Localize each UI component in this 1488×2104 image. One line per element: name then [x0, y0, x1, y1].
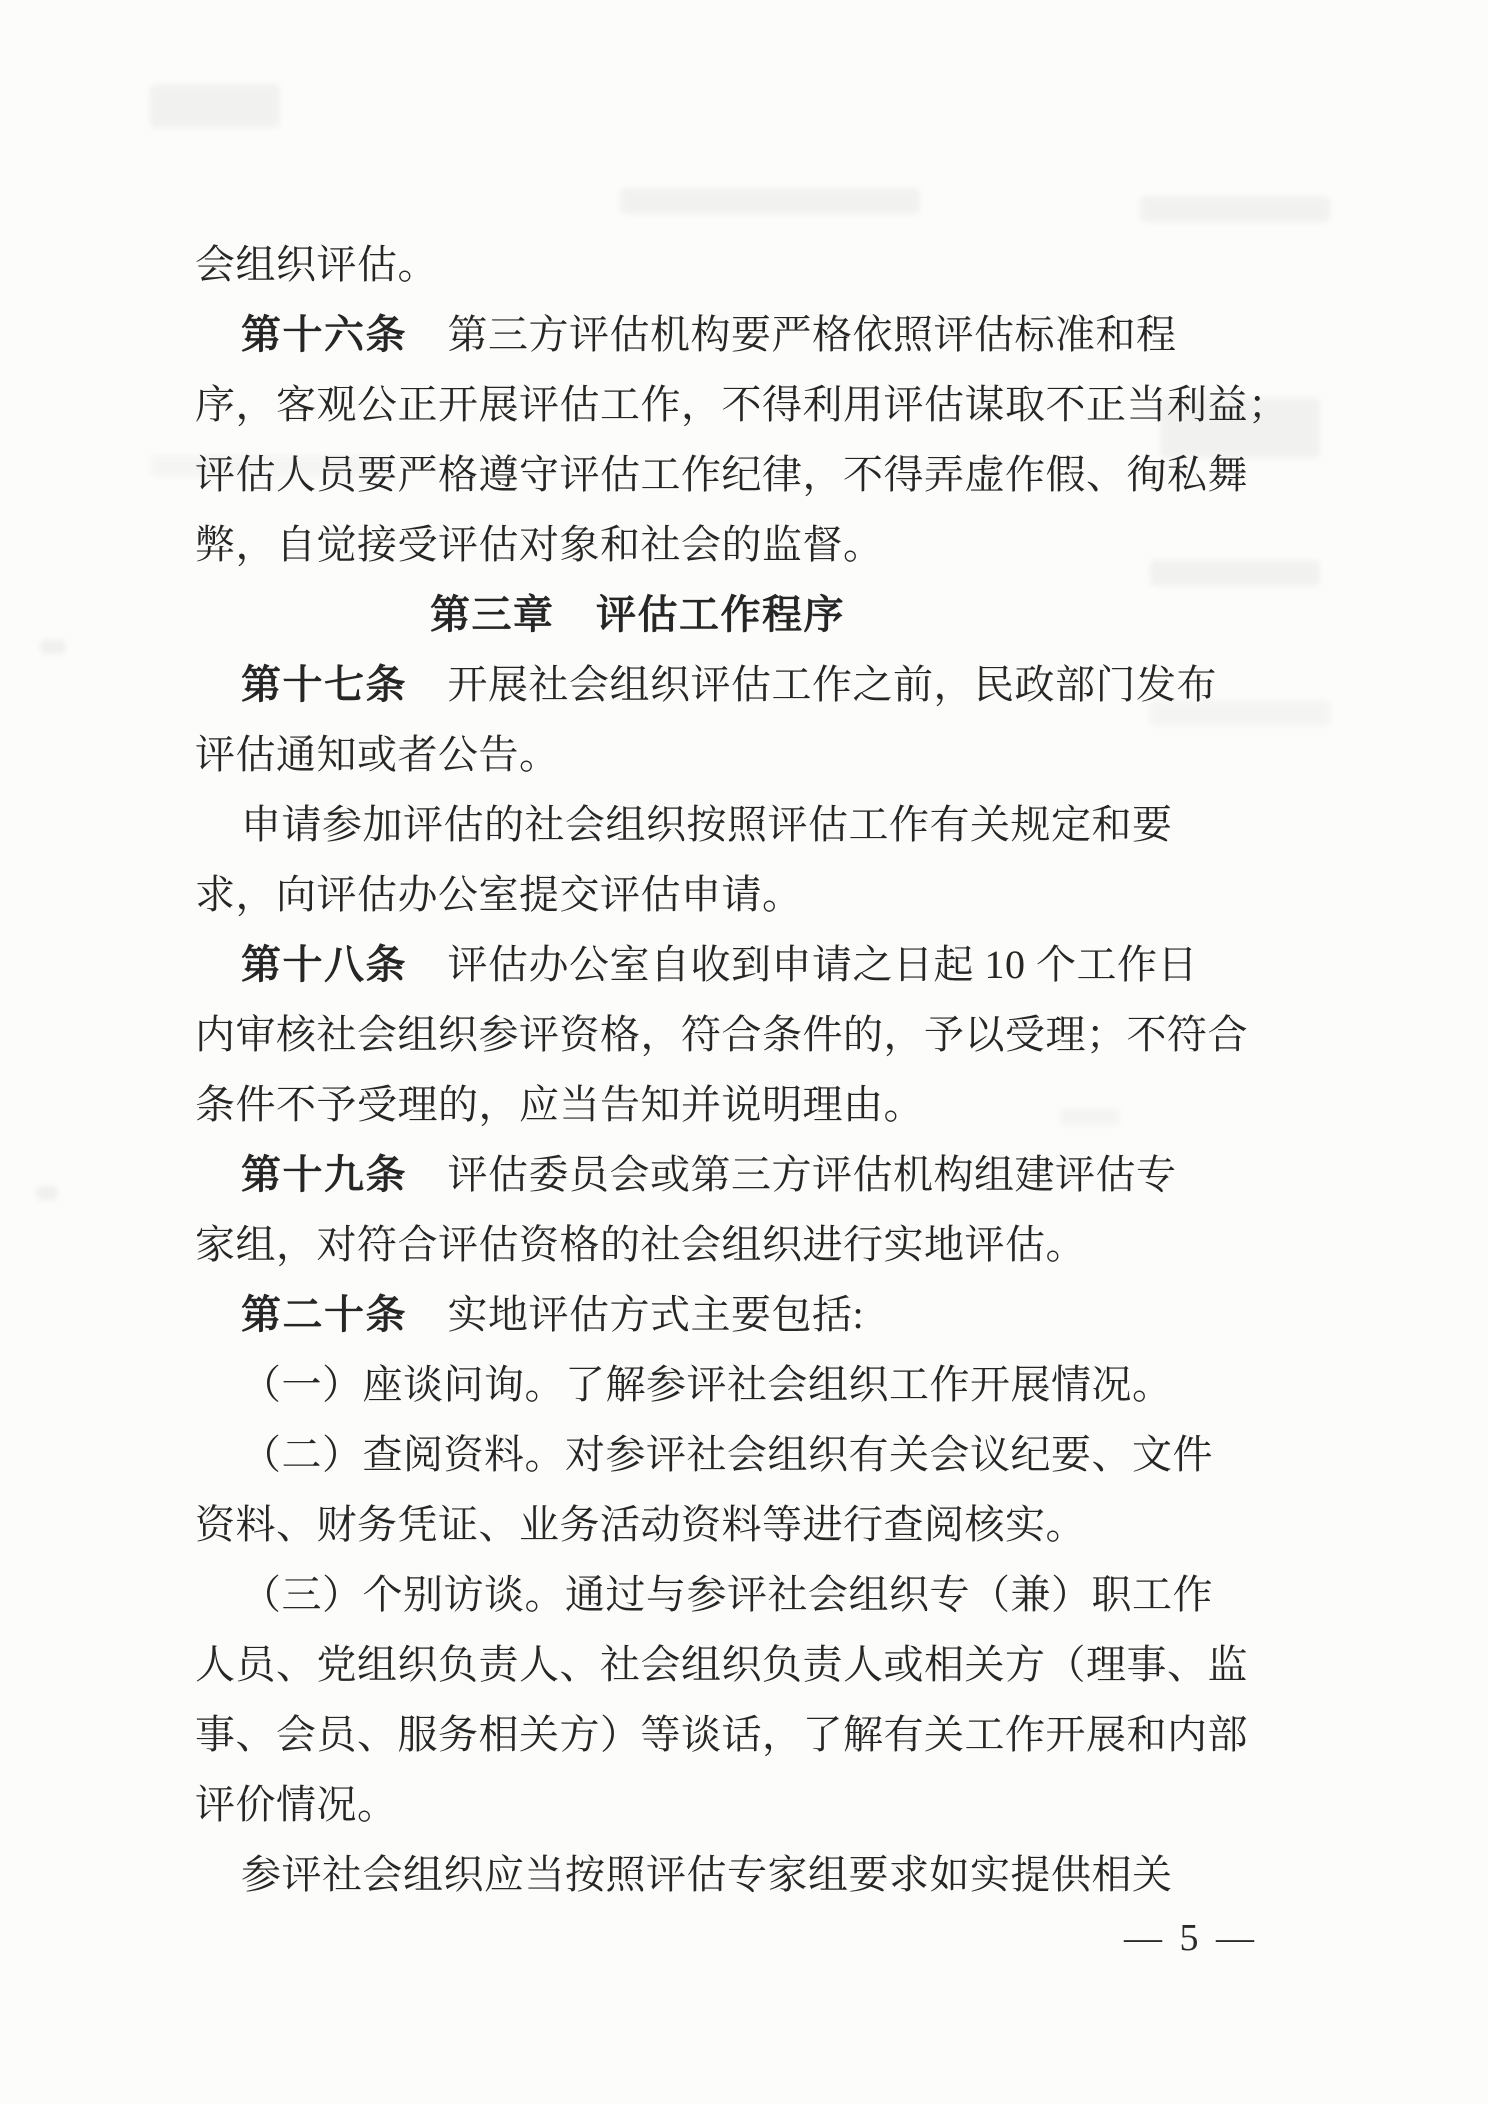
text-line: （三）个别访谈。通过与参评社会组织专（兼）职工作 [195, 1560, 1280, 1630]
text-segment: 家组，对符合评估资格的社会组织进行实地评估。 [195, 1222, 1086, 1267]
text-line: 第二十条 实地评估方式主要包括: [195, 1280, 1280, 1350]
article-number: 第十六条 [241, 312, 407, 357]
text-segment: 评估人员要严格遵守评估工作纪律，不得弄虚作假、徇私舞 [195, 452, 1248, 497]
text-segment: 申请参加评估的社会组织按照评估工作有关规定和要 [241, 802, 1173, 847]
scan-artifact [150, 84, 280, 128]
document-page: 会组织评估。第十六条 第三方评估机构要严格依照评估标准和程序，客观公正开展评估工… [0, 0, 1488, 2104]
article-number: 第十九条 [241, 1152, 407, 1197]
text-segment: 事、会员、服务相关方）等谈话，了解有关工作开展和内部 [195, 1712, 1248, 1757]
text-line: （一）座谈问询。了解参评社会组织工作开展情况。 [195, 1350, 1280, 1420]
text-segment: 开展社会组织评估工作之前，民政部门发布 [407, 662, 1217, 707]
scan-artifact [40, 640, 66, 654]
text-line: 评价情况。 [195, 1770, 1280, 1840]
text-segment: 会组织评估。 [195, 242, 438, 287]
text-line: 资料、财务凭证、业务活动资料等进行查阅核实。 [195, 1490, 1280, 1560]
text-line: 内审核社会组织参评资格，符合条件的，予以受理；不符合 [195, 1000, 1280, 1070]
scan-artifact [36, 1186, 58, 1200]
text-segment: （二）查阅资料。对参评社会组织有关会议纪要、文件 [241, 1432, 1213, 1477]
article-number: 第十七条 [241, 662, 407, 707]
text-line: 事、会员、服务相关方）等谈话，了解有关工作开展和内部 [195, 1700, 1280, 1770]
page-number: — 5 — [1124, 1916, 1258, 1960]
scan-artifact [620, 188, 920, 214]
text-segment: （一）座谈问询。了解参评社会组织工作开展情况。 [241, 1362, 1173, 1407]
text-line: （二）查阅资料。对参评社会组织有关会议纪要、文件 [195, 1420, 1280, 1490]
text-segment: 评估办公室自收到申请之日起 10 个工作日 [407, 942, 1198, 987]
text-line: 申请参加评估的社会组织按照评估工作有关规定和要 [195, 790, 1280, 860]
article-number: 第十八条 [241, 942, 407, 987]
text-line: 条件不予受理的，应当告知并说明理由。 [195, 1070, 1280, 1140]
scan-artifact [1140, 196, 1330, 222]
text-segment: 求，向评估办公室提交评估申请。 [195, 872, 803, 917]
text-segment: 弊，自觉接受评估对象和社会的监督。 [195, 522, 884, 567]
text-line: 家组，对符合评估资格的社会组织进行实地评估。 [195, 1210, 1280, 1280]
text-line: 人员、党组织负责人、社会组织负责人或相关方（理事、监 [195, 1630, 1280, 1700]
text-line: 第十八条 评估办公室自收到申请之日起 10 个工作日 [195, 930, 1280, 1000]
text-segment: 人员、党组织负责人、社会组织负责人或相关方（理事、监 [195, 1642, 1248, 1687]
text-segment: 参评社会组织应当按照评估专家组要求如实提供相关 [241, 1852, 1173, 1897]
text-line: 求，向评估办公室提交评估申请。 [195, 860, 1280, 930]
text-segment: 第三方评估机构要严格依照评估标准和程 [407, 312, 1177, 357]
text-segment: 评价情况。 [195, 1782, 398, 1827]
chapter-heading: 第三章 评估工作程序 [95, 580, 1180, 650]
text-segment: 序，客观公正开展评估工作，不得利用评估谋取不正当利益； [195, 382, 1289, 427]
text-segment: 第三章 [430, 593, 555, 637]
text-line: 第十九条 评估委员会或第三方评估机构组建评估专 [195, 1140, 1280, 1210]
text-segment: 条件不予受理的，应当告知并说明理由。 [195, 1082, 924, 1127]
text-line: 评估人员要严格遵守评估工作纪律，不得弄虚作假、徇私舞 [195, 440, 1280, 510]
text-segment: （三）个别访谈。通过与参评社会组织专（兼）职工作 [241, 1572, 1213, 1617]
text-line: 第十六条 第三方评估机构要严格依照评估标准和程 [195, 300, 1280, 370]
text-segment: 评估工作程序 [555, 593, 846, 637]
text-line: 参评社会组织应当按照评估专家组要求如实提供相关 [195, 1840, 1280, 1910]
text-line: 第十七条 开展社会组织评估工作之前，民政部门发布 [195, 650, 1280, 720]
text-line: 弊，自觉接受评估对象和社会的监督。 [195, 510, 1280, 580]
text-line: 会组织评估。 [195, 230, 1280, 300]
text-segment: 内审核社会组织参评资格，符合条件的，予以受理；不符合 [195, 1012, 1248, 1057]
text-segment: 资料、财务凭证、业务活动资料等进行查阅核实。 [195, 1502, 1086, 1547]
text-segment: 评估通知或者公告。 [195, 732, 560, 777]
text-line: 评估通知或者公告。 [195, 720, 1280, 790]
text-segment: 评估委员会或第三方评估机构组建评估专 [407, 1152, 1177, 1197]
text-segment: 实地评估方式主要包括: [407, 1292, 864, 1337]
document-body: 会组织评估。第十六条 第三方评估机构要严格依照评估标准和程序，客观公正开展评估工… [195, 230, 1280, 1910]
text-line: 序，客观公正开展评估工作，不得利用评估谋取不正当利益； [195, 370, 1280, 440]
article-number: 第二十条 [241, 1292, 407, 1337]
